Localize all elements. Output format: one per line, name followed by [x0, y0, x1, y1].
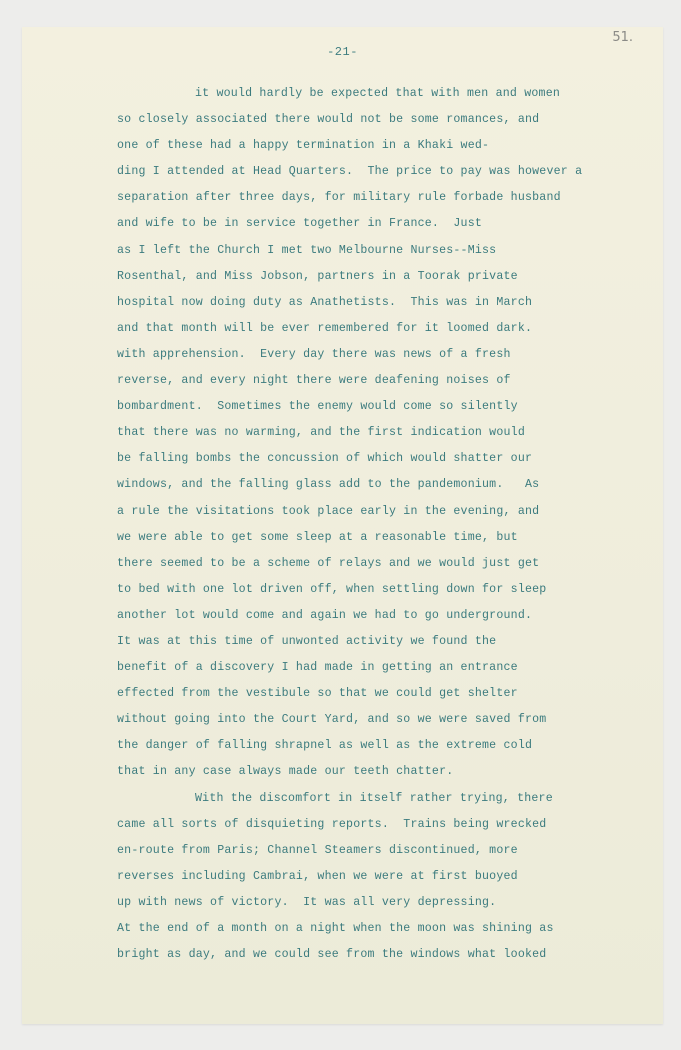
text-line: to bed with one lot driven off, when set… — [117, 577, 647, 603]
page-number: -21- — [22, 45, 663, 59]
folio-number: 51. — [612, 30, 633, 45]
text-line: that in any case always made our teeth c… — [117, 759, 647, 785]
typed-page: 51. -21- it would hardly be expected tha… — [22, 27, 663, 1024]
text-line: so closely associated there would not be… — [117, 107, 647, 133]
text-line: and wife to be in service together in Fr… — [117, 211, 647, 237]
text-line: we were able to get some sleep at a reas… — [117, 525, 647, 551]
text-line: a rule the visitations took place early … — [117, 499, 647, 525]
text-line: it would hardly be expected that with me… — [117, 81, 647, 107]
text-line: Rosenthal, and Miss Jobson, partners in … — [117, 264, 647, 290]
text-line: came all sorts of disquieting reports. T… — [117, 812, 647, 838]
text-line: hospital now doing duty as Anathetists. … — [117, 290, 647, 316]
text-line: the danger of falling shrapnel as well a… — [117, 733, 647, 759]
text-line: bombardment. Sometimes the enemy would c… — [117, 394, 647, 420]
text-line: one of these had a happy termination in … — [117, 133, 647, 159]
text-line: another lot would come and again we had … — [117, 603, 647, 629]
text-line: bright as day, and we could see from the… — [117, 942, 647, 968]
text-line: ding I attended at Head Quarters. The pr… — [117, 159, 647, 185]
text-line: with apprehension. Every day there was n… — [117, 342, 647, 368]
text-line: separation after three days, for militar… — [117, 185, 647, 211]
text-line: be falling bombs the concussion of which… — [117, 446, 647, 472]
body-text: it would hardly be expected that with me… — [117, 81, 647, 968]
text-line: en-route from Paris; Channel Steamers di… — [117, 838, 647, 864]
text-line: up with news of victory. It was all very… — [117, 890, 647, 916]
text-line: reverse, and every night there were deaf… — [117, 368, 647, 394]
text-line: effected from the vestibule so that we c… — [117, 681, 647, 707]
text-line: as I left the Church I met two Melbourne… — [117, 238, 647, 264]
text-line: At the end of a month on a night when th… — [117, 916, 647, 942]
text-line: there seemed to be a scheme of relays an… — [117, 551, 647, 577]
text-line: reverses including Cambrai, when we were… — [117, 864, 647, 890]
text-line: without going into the Court Yard, and s… — [117, 707, 647, 733]
text-line: that there was no warming, and the first… — [117, 420, 647, 446]
text-line: windows, and the falling glass add to th… — [117, 472, 647, 498]
text-line: It was at this time of unwonted activity… — [117, 629, 647, 655]
text-line: benefit of a discovery I had made in get… — [117, 655, 647, 681]
text-line: and that month will be ever remembered f… — [117, 316, 647, 342]
text-line: With the discomfort in itself rather try… — [117, 786, 647, 812]
